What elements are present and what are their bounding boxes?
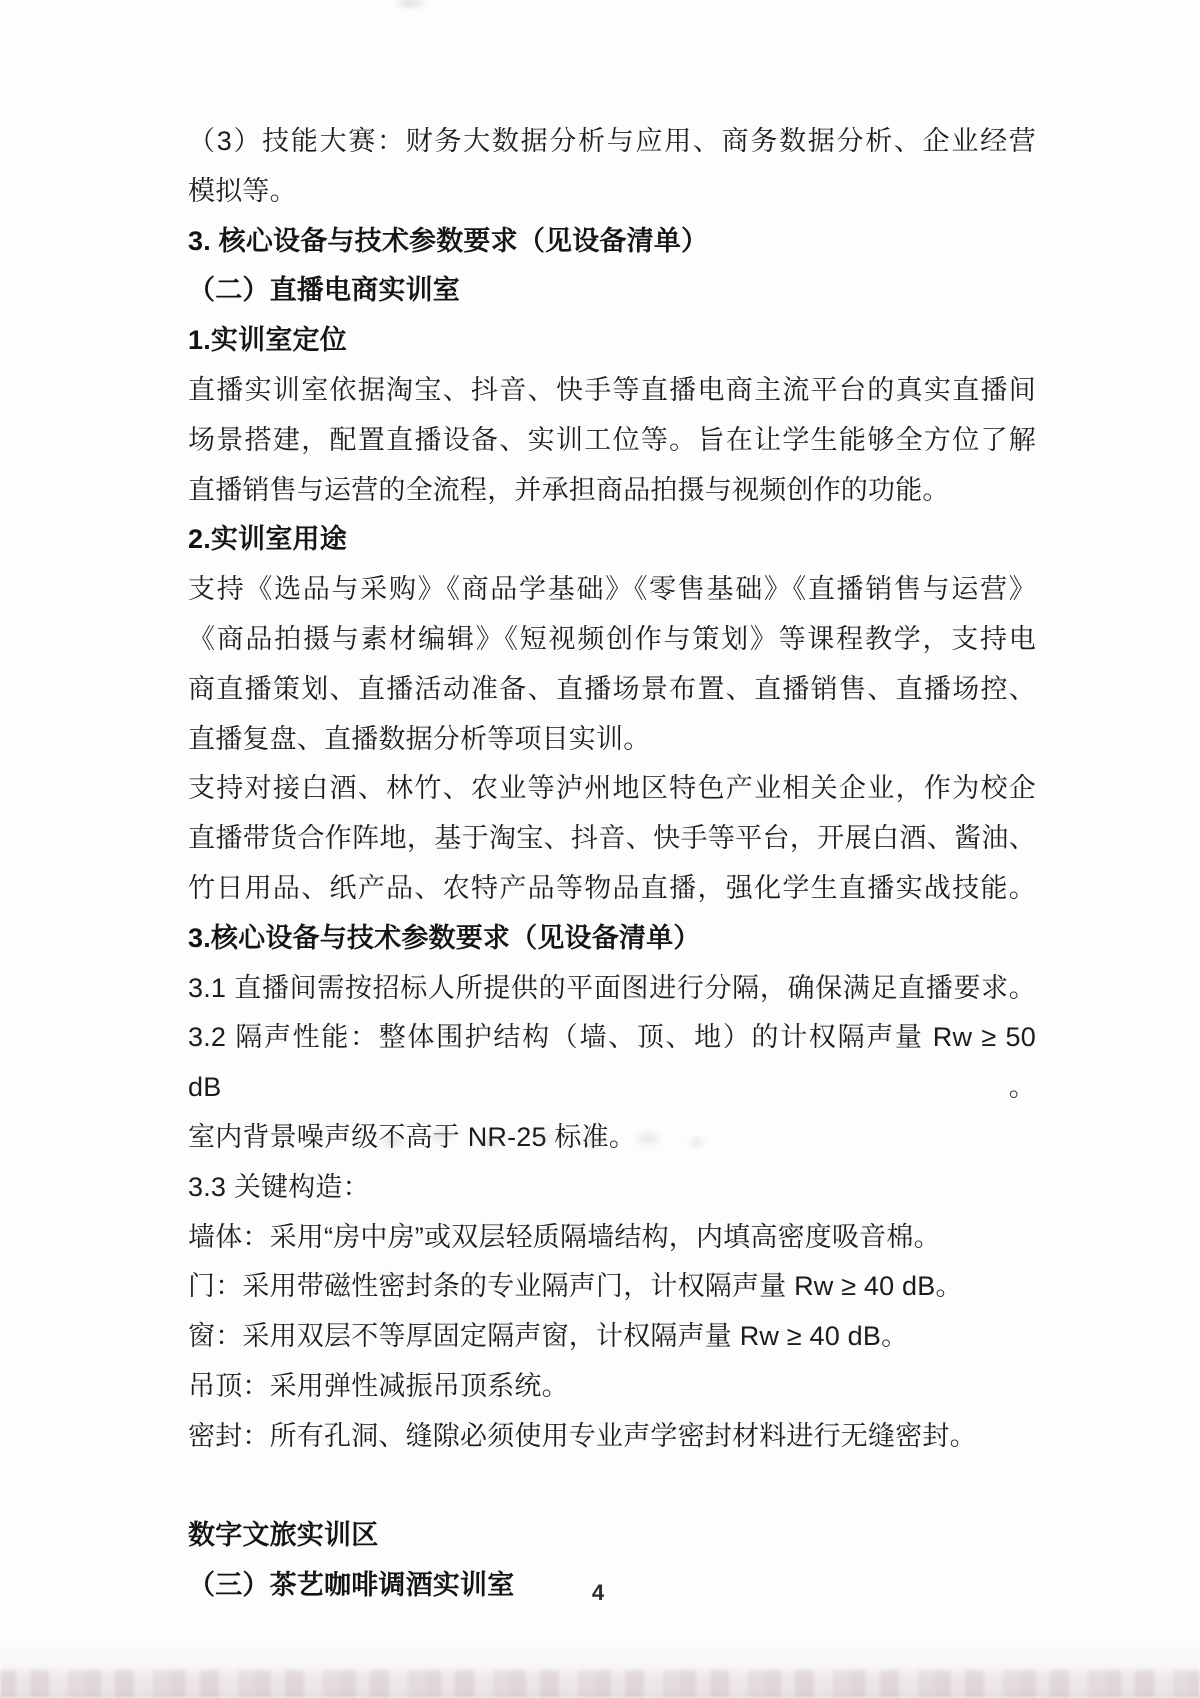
text-line: 支持《选品与采购》《商品学基础》《零售基础》《直播销售与运营》 [188,565,1036,615]
text-line: 2.实训室用途 [188,515,1036,565]
text-line: 支持对接白酒、林竹、农业等泸州地区特色产业相关企业，作为校企 [188,764,1036,814]
text-line: 3. 核心设备与技术参数要求（见设备清单） [188,217,1036,267]
text-line: 3.3 关键构造： [188,1163,1036,1213]
text-line: 直播带货合作阵地，基于淘宝、抖音、快手等平台，开展白酒、酱油、 [188,814,1036,864]
scan-artifact-bottom-band [0,1670,1200,1698]
text-line: 直播销售与运营的全流程，并承担商品拍摄与视频创作的功能。 [188,466,1036,516]
scan-artifact-top-smudge [392,0,428,10]
document-page: （3）技能大赛：财务大数据分析与应用、商务数据分析、企业经营模拟等。3. 核心设… [0,0,1200,1698]
text-line: 吊顶：采用弹性减振吊顶系统。 [188,1362,1036,1412]
text-line: 商直播策划、直播活动准备、直播场景布置、直播销售、直播场控、 [188,665,1036,715]
text-lines: （3）技能大赛：财务大数据分析与应用、商务数据分析、企业经营模拟等。3. 核心设… [188,117,1036,1611]
text-line: 《商品拍摄与素材编辑》《短视频创作与策划》等课程教学，支持电 [188,615,1036,665]
text-line: 3.2 隔声性能：整体围护结构（墙、顶、地）的计权隔声量 Rw ≥ 50 dB。 [188,1013,1036,1113]
text-line: 直播实训室依据淘宝、抖音、快手等直播电商主流平台的真实直播间 [188,366,1036,416]
text-line: 场景搭建，配置直播设备、实训工位等。旨在让学生能够全方位了解 [188,416,1036,466]
text-line: 门：采用带磁性密封条的专业隔声门，计权隔声量 Rw ≥ 40 dB。 [188,1262,1036,1312]
text-line: （二）直播电商实训室 [188,266,1036,316]
text-line: 墙体：采用“房中房”或双层轻质隔墙结构，内填高密度吸音棉。 [188,1213,1036,1263]
text-line: 窗：采用双层不等厚固定隔声窗，计权隔声量 Rw ≥ 40 dB。 [188,1312,1036,1362]
text-line: （3）技能大赛：财务大数据分析与应用、商务数据分析、企业经营 [188,117,1036,167]
text-line: 密封：所有孔洞、缝隙必须使用专业声学密封材料进行无缝密封。 [188,1412,1036,1462]
text-line: 直播复盘、直播数据分析等项目实训。 [188,715,1036,765]
text-line: 数字文旅实训区 [188,1511,1036,1561]
text-line: 1.实训室定位 [188,316,1036,366]
text-line: 竹日用品、纸产品、农特产品等物品直播，强化学生直播实战技能。 [188,864,1036,914]
text-line: 3.核心设备与技术参数要求（见设备清单） [188,914,1036,964]
blank-line [188,1462,1036,1512]
page-number: 4 [0,1578,1196,1608]
scan-artifact-bleed-through [372,1116,717,1162]
text-line: 3.1 直播间需按招标人所提供的平面图进行分隔，确保满足直播要求。 [188,964,1036,1014]
text-line: 模拟等。 [188,167,1036,217]
